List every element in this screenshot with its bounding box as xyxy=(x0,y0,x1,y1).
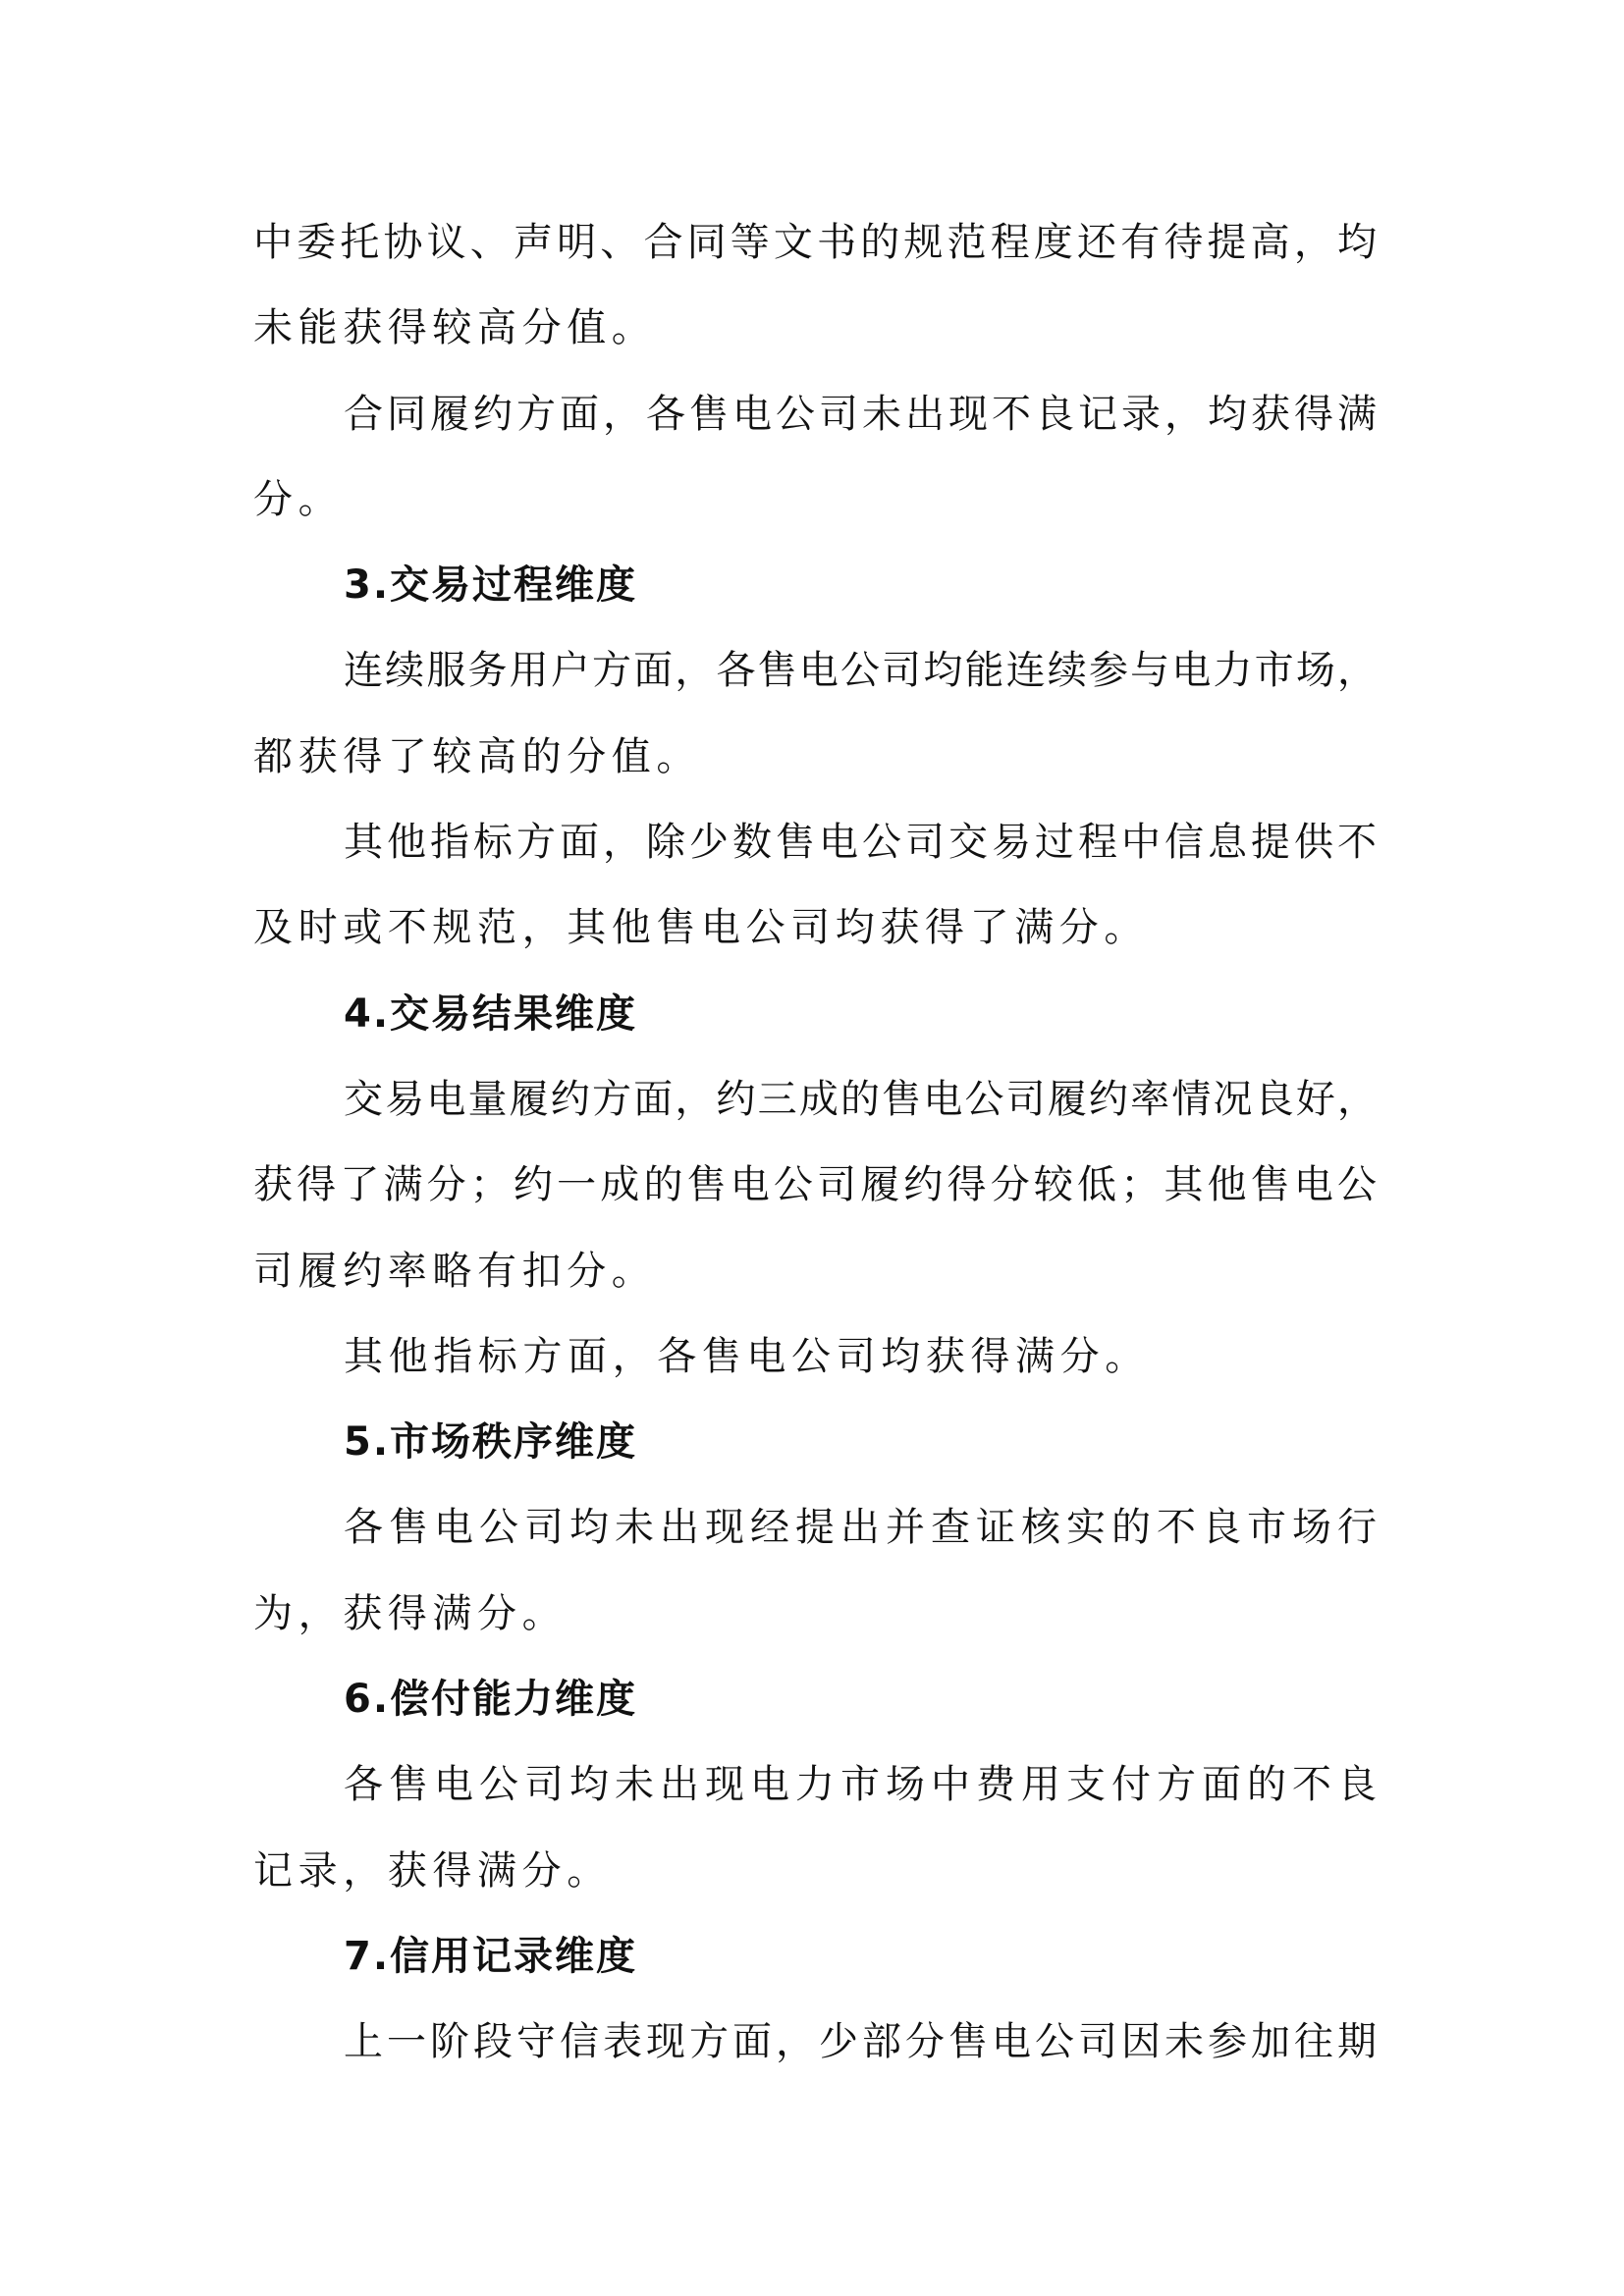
paragraph-contract-performance: 合同履约方面，各售电公司未出现不良记录，均获得满 xyxy=(253,372,1377,457)
paragraph-line: 分。 xyxy=(253,457,1377,543)
paragraph-line: 及时或不规范，其他售电公司均获得了满分。 xyxy=(253,885,1377,971)
paragraph-line: 记录，获得满分。 xyxy=(253,1829,1377,1914)
paragraph-credit-record: 上一阶段守信表现方面，少部分售电公司因未参加往期 xyxy=(253,2000,1377,2085)
paragraph-market-order: 各售电公司均未出现经提出并查证核实的不良市场行 xyxy=(253,1485,1377,1571)
paragraph-volume-performance: 交易电量履约方面，约三成的售电公司履约率情况良好， xyxy=(253,1057,1377,1143)
paragraph-other-indicators: 其他指标方面，除少数售电公司交易过程中信息提供不 xyxy=(253,800,1377,885)
paragraph-solvency: 各售电公司均未出现电力市场中费用支付方面的不良 xyxy=(253,1742,1377,1828)
paragraph-line: 司履约率略有扣分。 xyxy=(253,1229,1377,1314)
paragraph-line: 都获得了较高的分值。 xyxy=(253,715,1377,800)
paragraph-line: 为，获得满分。 xyxy=(253,1572,1377,1657)
section-heading-trading-result: 4.交易结果维度 xyxy=(253,972,1377,1057)
document-page: 中委托协议、声明、合同等文书的规范程度还有待提高，均 未能获得较高分值。 合同履… xyxy=(0,0,1624,2296)
section-heading-credit-record: 7.信用记录维度 xyxy=(253,1914,1377,2000)
paragraph-line: 未能获得较高分值。 xyxy=(253,286,1377,371)
paragraph-line: 获得了满分；约一成的售电公司履约得分较低；其他售电公 xyxy=(253,1143,1377,1228)
paragraph-line: 中委托协议、声明、合同等文书的规范程度还有待提高，均 xyxy=(253,200,1377,286)
paragraph-continuous-service: 连续服务用户方面，各售电公司均能连续参与电力市场， xyxy=(253,628,1377,714)
section-heading-trading-process: 3.交易过程维度 xyxy=(253,543,1377,628)
document-body: 中委托协议、声明、合同等文书的规范程度还有待提高，均 未能获得较高分值。 合同履… xyxy=(253,200,1377,2086)
paragraph-other-indicators-result: 其他指标方面，各售电公司均获得满分。 xyxy=(253,1314,1377,1400)
section-heading-solvency: 6.偿付能力维度 xyxy=(253,1657,1377,1742)
section-heading-market-order: 5.市场秩序维度 xyxy=(253,1400,1377,1485)
